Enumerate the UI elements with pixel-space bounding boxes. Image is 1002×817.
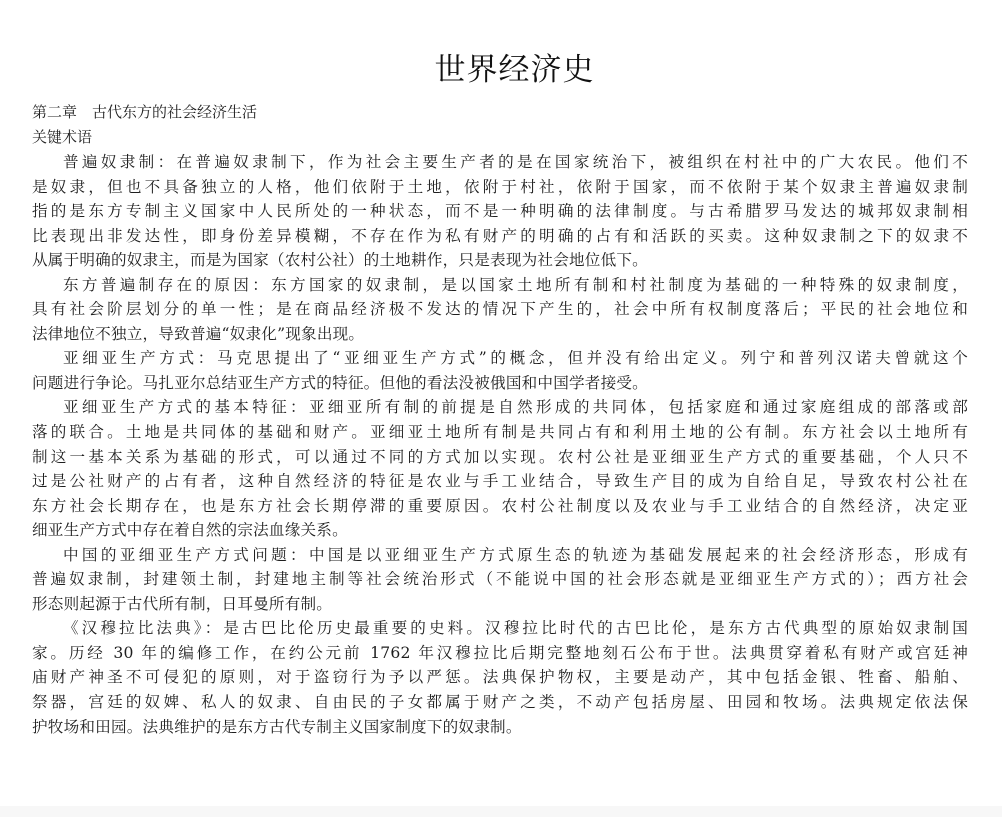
text-line: 问题进行争论。马扎亚尔总结亚生产方式的特征。但他的看法没被俄国和中国学者接受。 <box>32 371 968 396</box>
text-line: 东方社会长期存在，也是东方社会长期停滞的重要原因。农村公社制度以及农业与手工业结… <box>32 494 968 519</box>
text-line: 家。历经 30 年的编修工作，在约公元前 1762 年汉穆拉比后期完整地刻石公布… <box>32 641 968 666</box>
text-line: 具有社会阶层划分的单一性；是在商品经济极不发达的情况下产生的，社会中所有权制度落… <box>32 297 968 322</box>
text-line: 形态则起源于古代所有制，日耳曼所有制。 <box>32 592 968 617</box>
paragraph-eastern-causes: 东方普遍制存在的原因：东方国家的奴隶制，是以国家土地所有制和村社制度为基础的一种… <box>32 273 968 347</box>
text-line: 落的联合。土地是共同体的基础和财产。亚细亚土地所有制是共同占有和利用土地的公有制… <box>32 420 968 445</box>
document-title: 世界经济史 <box>32 50 997 90</box>
text-line: 比表现出非发达性，即身份差异模糊，不存在作为私有财产的明确的占有和活跃的买卖。这… <box>32 224 968 249</box>
text-line: 《汉穆拉比法典》：是古巴比伦历史最重要的史料。汉穆拉比时代的古巴比伦，是东方古代… <box>32 616 968 641</box>
text-line: 是奴隶，但也不具备独立的人格，他们依附于土地，依附于村社，依附于国家，而不依附于… <box>32 175 968 200</box>
document-body: 普遍奴隶制：在普遍奴隶制下，作为社会主要生产者的是在国家统治下，被组织在村社中的… <box>32 150 968 739</box>
text-line: 细亚生产方式中存在着自然的宗法血缘关系。 <box>32 518 968 543</box>
paragraph-universal-slavery: 普遍奴隶制：在普遍奴隶制下，作为社会主要生产者的是在国家统治下，被组织在村社中的… <box>32 150 968 273</box>
text-line: 指的是东方专制主义国家中人民所处的一种状态，而不是一种明确的法律制度。与古希腊罗… <box>32 199 968 224</box>
page-bottom-edge <box>0 806 1002 817</box>
text-line: 普遍奴隶制：在普遍奴隶制下，作为社会主要生产者的是在国家统治下，被组织在村社中的… <box>32 150 968 175</box>
text-line: 普遍奴隶制，封建领土制，封建地主制等社会统治形式（不能说中国的社会形态就是亚细亚… <box>32 567 968 592</box>
text-line: 亚细亚生产方式的基本特征：亚细亚所有制的前提是自然形成的共同体，包括家庭和通过家… <box>32 395 968 420</box>
paragraph-asiatic-mode: 亚细亚生产方式：马克思提出了“亚细亚生产方式”的概念，但并没有给出定义。列宁和普… <box>32 346 968 395</box>
paragraph-code-of-hammurabi: 《汉穆拉比法典》：是古巴比伦历史最重要的史料。汉穆拉比时代的古巴比伦，是东方古代… <box>32 616 968 739</box>
paragraph-china-asiatic-mode: 中国的亚细亚生产方式问题：中国是以亚细亚生产方式原生态的轨迹为基础发展起来的社会… <box>32 543 968 617</box>
text-line: 从属于明确的奴隶主，而是为国家（农村公社）的土地耕作，只是表现为社会地位低下。 <box>32 248 968 273</box>
text-line: 过是公社财产的占有者，这种自然经济的特征是农业与手工业结合，导致生产目的成为自给… <box>32 469 968 494</box>
text-line: 护牧场和田园。法典维护的是东方古代专制主义国家制度下的奴隶制。 <box>32 715 968 740</box>
text-line: 东方普遍制存在的原因：东方国家的奴隶制，是以国家土地所有制和村社制度为基础的一种… <box>32 273 968 298</box>
text-line: 中国的亚细亚生产方式问题：中国是以亚细亚生产方式原生态的轨迹为基础发展起来的社会… <box>32 543 968 568</box>
text-line: 制这一基本关系为基础的形式，可以通过不同的方式加以实现。农村公社是亚细亚生产方式… <box>32 445 968 470</box>
text-line: 法律地位不独立，导致普遍“奴隶化”现象出现。 <box>32 322 968 347</box>
text-line: 祭器，宫廷的奴婢、私人的奴隶、自由民的子女都属于财产之类，不动产包括房屋、田园和… <box>32 690 968 715</box>
chapter-heading: 第二章 古代东方的社会经济生活 <box>32 100 257 124</box>
text-line: 亚细亚生产方式：马克思提出了“亚细亚生产方式”的概念，但并没有给出定义。列宁和普… <box>32 346 968 371</box>
paragraph-asiatic-mode-features: 亚细亚生产方式的基本特征：亚细亚所有制的前提是自然形成的共同体，包括家庭和通过家… <box>32 395 968 542</box>
section-heading: 关键术语 <box>32 125 92 149</box>
text-line: 庙财产神圣不可侵犯的原则，对于盗窃行为予以严惩。法典保护物权，主要是动产，其中包… <box>32 665 968 690</box>
